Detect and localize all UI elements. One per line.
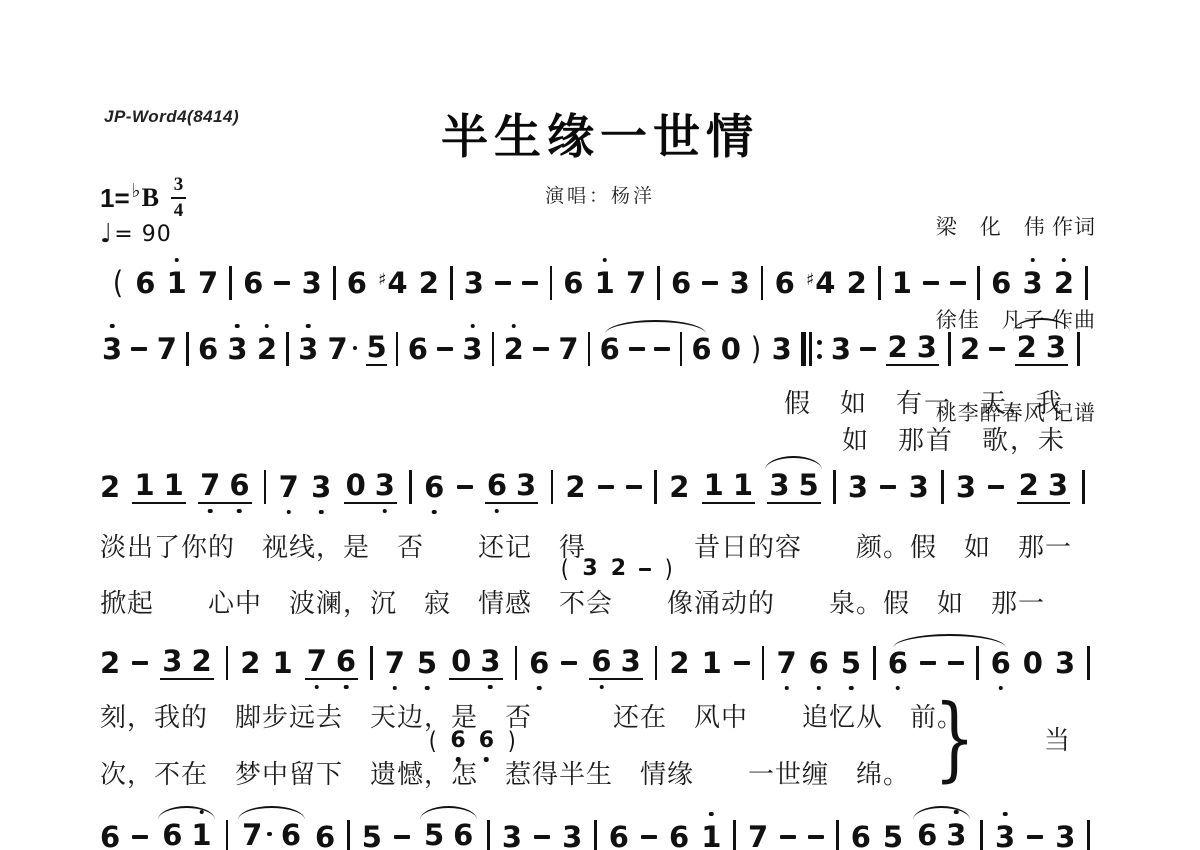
barline [396, 332, 399, 366]
dash [780, 835, 796, 839]
note: 7 [242, 820, 272, 850]
note: 3 [462, 334, 482, 364]
note: 5 [362, 822, 382, 850]
octave-dot-below-icon [817, 686, 822, 691]
barline [833, 470, 836, 504]
music-line-1: (617636♯423617636♯421632 [112, 264, 1088, 302]
beamed-notes: 23 [1015, 332, 1068, 366]
lyrics-verse1-lineC: 刻，我的 脚步远去 天边，是 否 还在 风中 追忆从 前。 [100, 697, 964, 734]
note: 1 [167, 268, 187, 298]
note: ♯4 [378, 268, 407, 298]
note: 6 [775, 268, 795, 298]
note: 0 [721, 334, 741, 364]
barline [186, 332, 189, 366]
note: 6 [408, 334, 428, 364]
music-line-5: 661766556336617656333 [100, 818, 1090, 850]
dash [495, 281, 511, 285]
beamed-notes: 03 [344, 470, 397, 504]
tie-arc-icon [158, 806, 215, 820]
octave-dot-below-icon [896, 686, 901, 691]
barline [550, 266, 553, 300]
note: 3 [562, 822, 582, 850]
octave-dot-above-icon [1030, 258, 1035, 263]
tie-arc-icon [765, 456, 822, 470]
tie-arc-icon [893, 634, 1006, 648]
note: 6 [609, 822, 629, 850]
barline [347, 820, 350, 850]
beamed-notes: 03 [449, 646, 502, 680]
note: 6 [563, 268, 583, 298]
key-prefix: 1= [100, 183, 130, 214]
note: 6 [135, 268, 155, 298]
note: 3 [909, 472, 929, 502]
dash [950, 281, 966, 285]
verse-brace: } [934, 686, 975, 793]
barline [515, 646, 518, 680]
dash [641, 835, 657, 839]
octave-dot-above-icon [1003, 812, 1008, 817]
note: 2 [669, 472, 689, 502]
note: 6 [691, 334, 711, 364]
quarter-note-icon: ♩ [100, 219, 112, 249]
note: 3 [848, 472, 868, 502]
dash [561, 661, 577, 665]
barline [980, 820, 983, 850]
barline [450, 266, 453, 300]
note: 6 [809, 648, 829, 678]
octave-dot-below-icon [319, 510, 324, 515]
note: 6 [347, 268, 367, 298]
note: 2 [847, 268, 867, 298]
beamed-notes: 76 [198, 470, 251, 504]
note: 3 [621, 646, 641, 676]
octave-dot-above-icon [470, 324, 475, 329]
barline [409, 470, 412, 504]
note: 6 [281, 820, 301, 850]
tie-arc-icon [420, 806, 477, 820]
note: 3 [162, 646, 182, 676]
barline [976, 646, 979, 680]
note: 3 [1055, 822, 1075, 850]
barline [264, 470, 267, 504]
dash [923, 281, 939, 285]
tie-arc-icon [605, 320, 706, 334]
octave-dot-above-icon [511, 324, 516, 329]
lyricist-credit: 梁 化 伟 作词 [936, 212, 1096, 243]
note: 3 [995, 822, 1015, 850]
augmentation-dot-icon [267, 832, 272, 837]
barline [333, 266, 336, 300]
note: 3 [516, 470, 536, 500]
tempo-bpm: = 90 [114, 222, 171, 247]
note: 3 [1055, 648, 1075, 678]
beamed-notes: 23 [886, 332, 939, 366]
dash [989, 347, 1005, 351]
note: 5 [366, 332, 386, 366]
barline [229, 266, 232, 300]
octave-dot-above-icon [235, 324, 240, 329]
beamed-notes: 56 [422, 820, 475, 850]
note: 3 [311, 472, 331, 502]
note: 5 [799, 470, 819, 500]
barline [226, 820, 229, 850]
note: 3 [831, 334, 851, 364]
octave-dot-below-icon [425, 686, 430, 691]
note: 6 [162, 820, 182, 850]
note: 6 [851, 822, 871, 850]
octave-dot-above-icon [1062, 258, 1067, 263]
dash [808, 835, 824, 839]
beamed-notes: 32 [160, 646, 213, 680]
note: 3 [772, 334, 792, 364]
beamed-notes: 23 [1017, 470, 1070, 504]
barline [588, 332, 591, 366]
note: 1 [134, 470, 154, 500]
augmentation-dot-icon [353, 346, 358, 351]
beamed-notes: 63 [915, 820, 968, 850]
note: 5 [841, 648, 861, 678]
dash [988, 485, 1004, 489]
dash [274, 281, 290, 285]
lyrics-verse2-lineC: 次，不在 梦中留下 遗憾，怎 惹得半生 情缘 一世缠 绵。 [100, 754, 910, 791]
octave-dot-above-icon [265, 324, 270, 329]
note: 6 [591, 646, 611, 676]
beamed-notes: 35 [767, 470, 820, 504]
note: 2 [960, 334, 980, 364]
dash [132, 835, 148, 839]
note: 1 [272, 648, 292, 678]
dash [626, 485, 642, 489]
note: 7 [748, 822, 768, 850]
octave-dot-below-icon [432, 510, 437, 515]
note: 2 [191, 646, 211, 676]
octave-dot-below-icon [599, 685, 604, 690]
note: 2 [1017, 332, 1037, 362]
dash [457, 485, 473, 489]
note: 6 [991, 268, 1011, 298]
note: 3 [375, 470, 395, 500]
barline [941, 470, 944, 504]
beamed-notes: 76 [305, 646, 358, 680]
note: 3 [298, 334, 318, 364]
octave-dot-below-icon [383, 509, 388, 514]
dash [533, 347, 549, 351]
tie-arc-icon [238, 806, 305, 820]
barline [733, 820, 736, 850]
sharp-icon: ♯ [806, 270, 814, 290]
note: 1 [701, 822, 721, 850]
note: 2 [1019, 470, 1039, 500]
dash [734, 661, 750, 665]
note: 6 [315, 822, 335, 850]
lyrics-verse2-lineA: 如 那首 歌，未 [842, 420, 1066, 457]
octave-dot-below-icon [849, 686, 854, 691]
beamed-notes: 61 [160, 820, 213, 850]
dash [534, 835, 550, 839]
tie-arc-icon [913, 806, 970, 820]
note: 2 [504, 334, 524, 364]
dash [629, 347, 645, 351]
note: 6 [529, 648, 549, 678]
beamed-notes: 11 [132, 470, 185, 504]
barline [977, 266, 980, 300]
octave-dot-below-icon [286, 510, 291, 515]
note: ♯4 [806, 268, 835, 298]
note: 3 [464, 268, 484, 298]
note: 0 [1023, 648, 1043, 678]
note: 3 [730, 268, 750, 298]
note: 6 [229, 470, 249, 500]
barline [551, 470, 554, 504]
barline [1077, 332, 1080, 366]
note: 5 [424, 820, 444, 850]
dash [394, 835, 410, 839]
sheet-music-page: JP-Word4(8414) 半生缘一世情 演唱：杨洋 梁 化 伟 作词 徐佳 … [0, 0, 1200, 850]
note: 3 [227, 334, 247, 364]
note: 1 [892, 268, 912, 298]
note: 7 [307, 646, 327, 676]
note: 5 [883, 822, 903, 850]
music-line-2: 376323756327660)3323223 [102, 330, 1080, 368]
barline [761, 266, 764, 300]
note: 2 [100, 472, 120, 502]
octave-dot-above-icon [709, 812, 714, 817]
note: 6 [453, 820, 473, 850]
note: 6 [243, 268, 263, 298]
note: 3 [302, 268, 322, 298]
octave-dot-above-icon [175, 258, 180, 263]
dash [598, 485, 614, 489]
barline [655, 646, 658, 680]
meter-denominator: 4 [174, 200, 184, 222]
octave-dot-below-icon [393, 686, 398, 691]
note: 7 [279, 472, 299, 502]
note: 7 [157, 334, 177, 364]
octave-dot-above-icon [602, 258, 607, 263]
note: 3 [946, 820, 966, 850]
octave-dot-below-icon [495, 509, 500, 514]
octave-dot-below-icon [315, 685, 320, 690]
note: 2 [888, 332, 908, 362]
octave-dot-below-icon [998, 686, 1003, 691]
sharp-icon: ♯ [378, 270, 386, 290]
note: 6 [671, 268, 691, 298]
fraction-bar [171, 197, 186, 199]
music-line-3: 21176730366322113533323 [100, 468, 1085, 506]
note: 3 [1023, 268, 1043, 298]
dash [948, 661, 964, 665]
note: 6 [669, 822, 689, 850]
barline [948, 332, 951, 366]
barline [836, 820, 839, 850]
paren: ) [751, 331, 761, 367]
note: 2 [1054, 268, 1074, 298]
note: 1 [164, 470, 184, 500]
barline [286, 332, 289, 366]
lyrics-verse2-lineB: 掀起 心中 波澜，沉 寂 情感 不会 像涌动的 泉。假 如 那一 [100, 583, 1045, 620]
barline [487, 820, 490, 850]
note: 6 [888, 648, 908, 678]
note: 7 [198, 268, 218, 298]
octave-dot-below-icon [488, 685, 493, 690]
note: 7 [200, 470, 220, 500]
barline [878, 266, 881, 300]
barline [1087, 646, 1090, 680]
lyrics-verse1-lineA: 假 如 有一 天，我 [784, 383, 1064, 420]
dash [639, 568, 651, 571]
dash [131, 347, 147, 351]
note: 3 [102, 334, 122, 364]
note: 6 [424, 472, 444, 502]
lyrics-verse1-lineB: 淡出了你的 视线，是 否 还记 得 昔日的容 颜。假 如 那一 [100, 527, 1072, 564]
note: 2 [100, 648, 120, 678]
note: 7 [328, 334, 358, 364]
note: 6 [991, 648, 1011, 678]
note: 5 [417, 648, 437, 678]
note: 1 [595, 268, 615, 298]
dash [860, 347, 876, 351]
flat-icon: ♭ [132, 180, 141, 202]
note: 3 [769, 470, 789, 500]
note: 3 [502, 822, 522, 850]
octave-dot-below-icon [537, 686, 542, 691]
octave-dot-below-icon [237, 509, 242, 514]
note: 1 [704, 470, 724, 500]
barline [680, 332, 683, 366]
beamed-notes: 11 [702, 470, 755, 504]
barline [492, 332, 495, 366]
octave-dot-below-icon [344, 685, 349, 690]
note: 2 [565, 472, 585, 502]
barline [1087, 820, 1090, 850]
note: 0 [451, 646, 471, 676]
barline [873, 646, 876, 680]
note: 7 [558, 334, 578, 364]
note: 0 [346, 470, 366, 500]
meter-numerator: 3 [174, 174, 184, 196]
note: 7 [626, 268, 646, 298]
dash [522, 281, 538, 285]
beamed-notes: 76 [240, 820, 303, 850]
key-signature: 1=♭B 3 4 [100, 174, 186, 222]
dash [702, 281, 718, 285]
note: 6 [198, 334, 218, 364]
note: 6 [487, 470, 507, 500]
barline [1082, 470, 1085, 504]
note: 6 [917, 820, 937, 850]
note: 3 [1048, 470, 1068, 500]
tempo-marking: ♩ = 90 [100, 219, 172, 249]
barline [762, 646, 765, 680]
note: 6 [336, 646, 356, 676]
note: 6 [100, 822, 120, 850]
note: 2 [669, 648, 689, 678]
note: 3 [480, 646, 500, 676]
note: 1 [733, 470, 753, 500]
barline [1085, 266, 1088, 300]
dash [880, 485, 896, 489]
note: 6 [600, 334, 620, 364]
octave-dot-above-icon [110, 324, 115, 329]
barline [657, 266, 660, 300]
dash [1027, 835, 1043, 839]
note: 2 [419, 268, 439, 298]
note: 2 [257, 334, 277, 364]
note: 1 [702, 648, 722, 678]
octave-dot-below-icon [208, 509, 213, 514]
octave-dot-above-icon [306, 324, 311, 329]
dash [654, 347, 670, 351]
repeat-sign [801, 332, 822, 366]
pickup-lyric-word: 当 [1044, 720, 1070, 757]
barline [226, 646, 229, 680]
beamed-notes: 63 [485, 470, 538, 504]
note: 7 [385, 648, 405, 678]
note: 3 [956, 472, 976, 502]
dash [437, 347, 453, 351]
dash [920, 661, 936, 665]
barline [594, 820, 597, 850]
note: 2 [240, 648, 260, 678]
note: 7 [776, 648, 796, 678]
dash [132, 661, 148, 665]
time-signature: 3 4 [171, 174, 186, 222]
paren: ( [113, 265, 123, 301]
octave-dot-below-icon [784, 686, 789, 691]
beamed-notes: 63 [589, 646, 642, 680]
note: 3 [917, 332, 937, 362]
key-letter: B [142, 183, 159, 213]
note: 1 [191, 820, 211, 850]
music-line-4: 23221767503663217656603 [100, 644, 1090, 682]
barline [370, 646, 373, 680]
barline [654, 470, 657, 504]
note: 3 [1046, 332, 1066, 362]
